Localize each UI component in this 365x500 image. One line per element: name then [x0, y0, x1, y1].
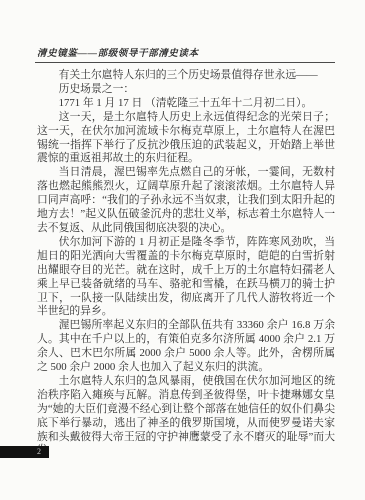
running-header-title: 清史镜鉴——部级领导干部清史读本	[37, 45, 334, 59]
paragraph-lead: 有关土尔扈特人东归的三个历史场景值得存世永远——	[37, 69, 335, 83]
paragraph-russia-reaction: 土尔扈特人东归的急风暴雨，使俄国在伏尔加河地区的统治秩序陷入瘫痪与瓦解。消息传到…	[37, 375, 335, 458]
book-page: 清史镜鉴——部级领导干部清史读本 有关土尔扈特人东归的三个历史场景值得存世永远—…	[0, 0, 365, 500]
paragraph-morning-fire: 当日清晨，渥巴锡率先点燃自己的牙帐，一霎间，无数村落也燃起熊熊烈火，辽阔草原升起…	[37, 166, 335, 236]
article-body: 有关土尔扈特人东归的三个历史场景值得存世永远—— 历史场景之一： 1771 年 …	[37, 69, 335, 458]
paragraph-uprising: 这一天，是土尔扈特人历史上永远值得纪念的光荣日子；这一天，在伏尔加河流域卡尔梅克…	[37, 111, 335, 167]
paragraph-date: 1771 年 1 月 17 日 （清乾隆三十五年十二月初二日）。	[37, 97, 335, 111]
footer-page-number-bar: 2	[0, 446, 49, 458]
paragraph-scene-heading: 历史场景之一：	[37, 83, 335, 97]
header-rule	[35, 62, 335, 63]
paragraph-numbers: 渥巴锡所率起义东归的全部队伍共有 33360 余户 16.8 万余人。其中在千户…	[37, 319, 335, 375]
paragraph-winter-departure: 伏尔加河下游的 1 月初正是隆冬季节，阵阵寒风劲吹，当旭日的阳光洒向大雪覆盖的卡…	[37, 236, 335, 319]
page-number: 2	[37, 448, 41, 456]
